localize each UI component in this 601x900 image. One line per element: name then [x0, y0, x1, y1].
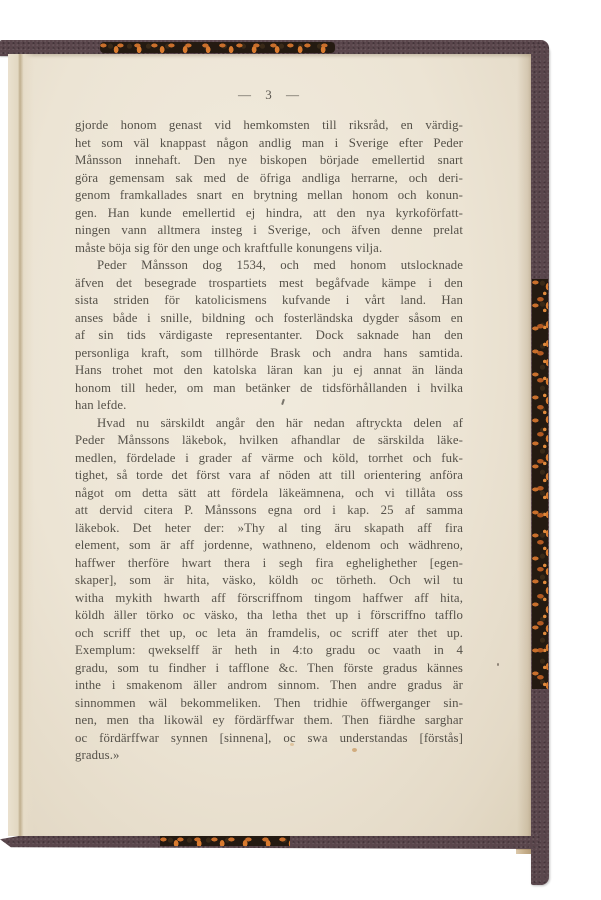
foxing-speck [352, 748, 357, 752]
text-line: het som väl knappast någon andlig man i … [75, 135, 463, 153]
text-line: honom till heder, om man betänker de tid… [75, 380, 463, 398]
paragraph: Hvad nu särskildt angår den här nedan af… [75, 415, 463, 765]
text-line: Peder Månsson dog 1534, och med honom ut… [75, 257, 463, 275]
text-line: och scriff thet up, oc leta än framdelis… [75, 625, 463, 643]
text-line: att dervid citera P. Månssons egna ord i… [75, 502, 463, 520]
paragraph: Peder Månsson dog 1534, och med honom ut… [75, 257, 463, 415]
text-line: ningen vann alltmera insteg i Sverige, o… [75, 222, 463, 240]
marbled-paper-bottom [160, 836, 290, 846]
text-line: genom framkallades snart en brytning mel… [75, 187, 463, 205]
text-line: anses både i snille, bildning och foster… [75, 310, 463, 328]
text-line: äfven det besegrade trospartiets mest be… [75, 275, 463, 293]
paragraph: gjorde honom genast vid hemkomsten till … [75, 117, 463, 257]
page-number: — 3 — [75, 86, 463, 103]
text-line: Exemplum: qwekselff är heth in 4:to grad… [75, 642, 463, 660]
text-line: Peder Månssons läkebok, hvilken afhandla… [75, 432, 463, 450]
text-line: haffwer therföre hwart thera i segh fira… [75, 555, 463, 573]
foxing-speck [497, 663, 499, 666]
text-line: något om detta sätt att fördela läkeämne… [75, 485, 463, 503]
marbled-paper-top [100, 42, 335, 53]
book-right-cover-edge [531, 44, 549, 885]
text-line: witha mykith hwarth aff förscriffnom tin… [75, 590, 463, 608]
text-line: Hans trohet mot den katolska läran kan j… [75, 362, 463, 380]
text-line: inthe i smakenom äller androm sinnom. Th… [75, 677, 463, 695]
text-line: göra gemensam sak med de öfriga andliga … [75, 170, 463, 188]
text-line: läkebok. Det heter der: »Thy al ting äru… [75, 520, 463, 538]
text-line: sinnommen wäl bekommeliken. Then tridhie… [75, 695, 463, 713]
text-line: gradus.» [75, 747, 463, 765]
book-bottom-cover-edge [0, 834, 540, 849]
text-line: personliga kraft, som tillhörde Brask oc… [75, 345, 463, 363]
text-line: Hvad nu särskildt angår den här nedan af… [75, 415, 463, 433]
text-line: nen, men tha likowäl ey fördärffwar them… [75, 712, 463, 730]
text-line: köldh äller törko oc väsko, tha letha th… [75, 607, 463, 625]
book-photo: — 3 — gjorde honom genast vid hemkomsten… [0, 40, 549, 855]
text-line: af sin tids värdigaste representanter. D… [75, 327, 463, 345]
page-text-block: — 3 — gjorde honom genast vid hemkomsten… [75, 86, 463, 765]
text-line: element, som är aff jordenne, wathneno, … [75, 537, 463, 555]
text-line: sista striden för katolicismens kufvande… [75, 292, 463, 310]
text-line: Månsson innehaft. Den nye biskopen börja… [75, 152, 463, 170]
paragraphs-container: gjorde honom genast vid hemkomsten till … [75, 117, 463, 765]
page-right-shadow [517, 54, 531, 836]
text-line: han lefde. [75, 397, 463, 415]
text-line: oc fördärffwar synnen [sinnena], oc swa … [75, 730, 463, 748]
text-line: gradu, som tu findher i tafflone &c. The… [75, 660, 463, 678]
book-page: — 3 — gjorde honom genast vid hemkomsten… [8, 54, 531, 836]
text-line: skaper], som är hita, väsko, köldh oc tö… [75, 572, 463, 590]
text-line: tighet, så torde det först vara af nöden… [75, 467, 463, 485]
page-gutter-crease [8, 54, 34, 836]
text-line: gjorde honom genast vid hemkomsten till … [75, 117, 463, 135]
foxing-speck [290, 743, 294, 746]
marbled-paper-right [532, 279, 548, 689]
text-line: medlen, fördelade i grader af värme och … [75, 450, 463, 468]
text-line: måste böja sig för den unge och kraftful… [75, 240, 463, 258]
text-line: gen. Han kunde emellertid ej hindra, att… [75, 205, 463, 223]
